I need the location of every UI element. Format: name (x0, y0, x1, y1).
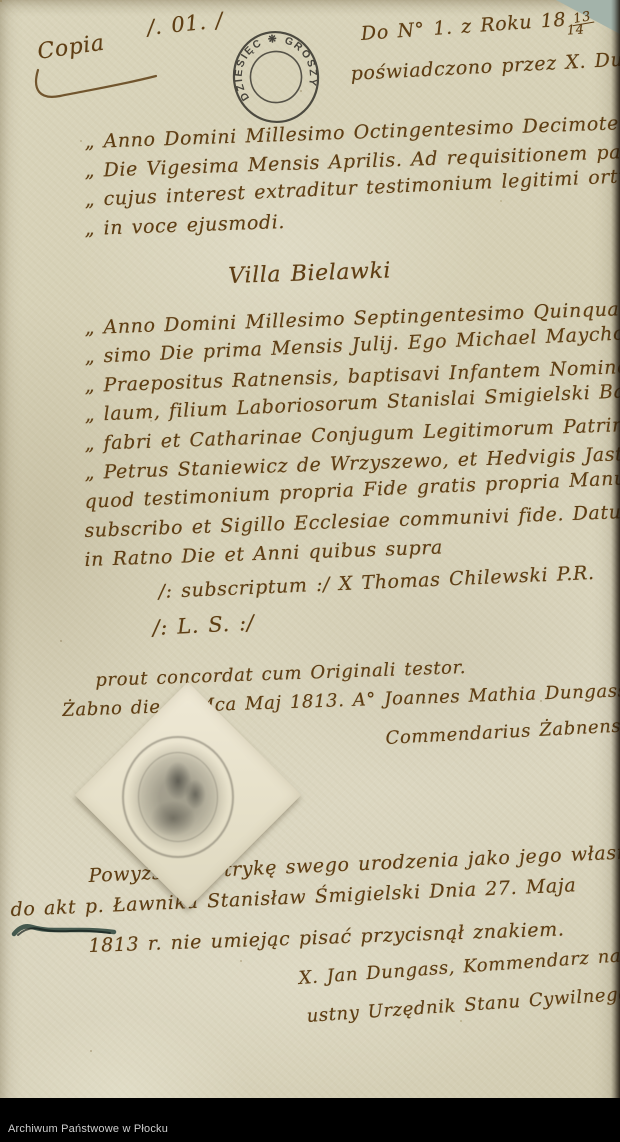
certificate-body: „ Anno Domini Millesimo Septingentesimo … (84, 314, 620, 575)
scan-edge-shadow (611, 0, 620, 1142)
copia-flourish-icon (30, 62, 160, 112)
stamp-inner-ring-icon (247, 48, 305, 106)
archive-bar: Archiwum Państwowe w Płocku (0, 1098, 620, 1142)
svg-text:DZIESIĘC ❋ GROSZY: DZIESIĘC ❋ GROSZY (227, 27, 321, 103)
intro-paragraph: „ Anno Domini Millesimo Octingentesimo D… (84, 128, 620, 244)
document-scan: /. 01. / Copia Do N° 1. z Roku 181314 po… (0, 0, 620, 1142)
archive-credit-label: Archiwum Państwowe w Płocku (8, 1123, 168, 1135)
fraction-denominator: 14 (567, 24, 589, 36)
stamp-text: DZIESIĘC ❋ GROSZY (227, 27, 321, 103)
docket-year-fraction: 1314 (568, 12, 591, 36)
revenue-stamp: DZIESIĘC ❋ GROSZY (219, 18, 333, 137)
paper-texture (0, 0, 2, 2)
seal-impression (116, 730, 240, 864)
ink-smudge-icon (8, 908, 128, 944)
